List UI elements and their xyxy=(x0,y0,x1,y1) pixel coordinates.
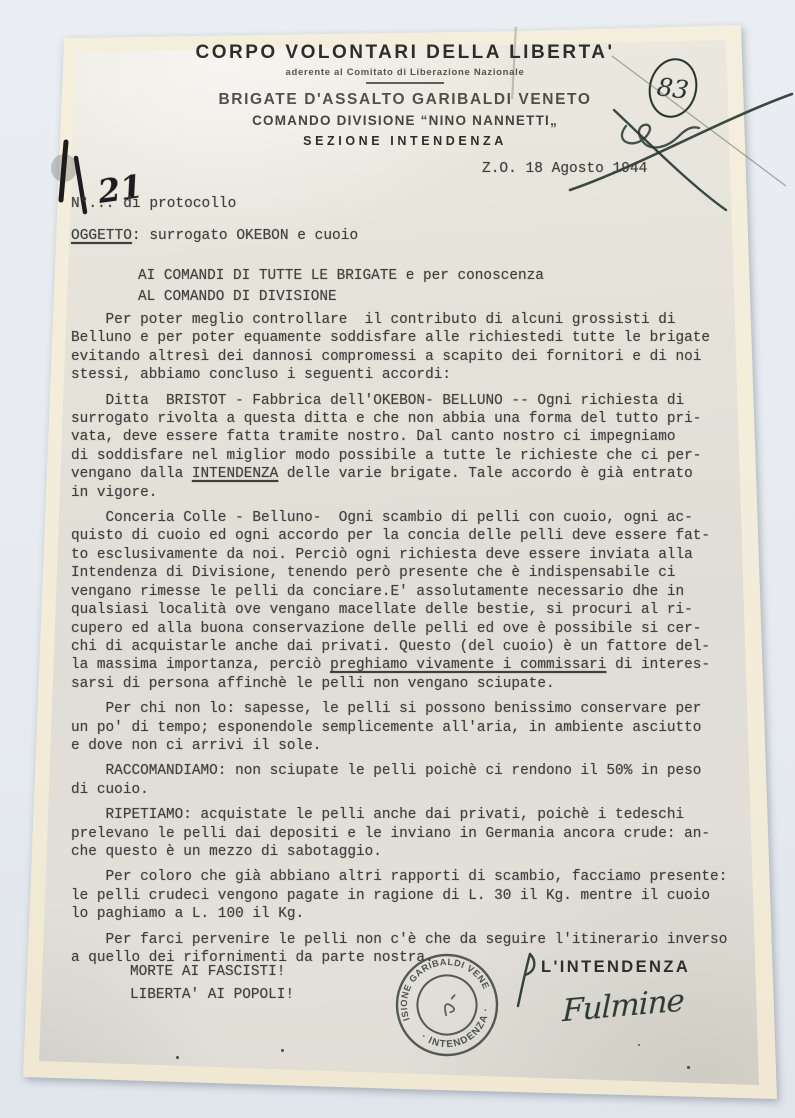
subject-label: OGGETTO xyxy=(71,228,132,244)
closing-slogans: MORTE AI FASCISTI! LIBERTA' AI POPOLI! xyxy=(130,961,294,1006)
paragraph-text: RACCOMANDIAMO: non sciupate le pelli poi… xyxy=(71,763,701,797)
dust-speck xyxy=(176,1056,179,1059)
protocol-line: N°... di protocollo xyxy=(71,196,236,212)
dust-speck xyxy=(638,1044,640,1046)
recipient-line: AI COMANDI DI TUTTE LE BRIGATE e per con… xyxy=(138,266,544,287)
dust-speck xyxy=(687,1066,690,1069)
underlined-text: preghiamo vivamente i commissari xyxy=(330,657,606,673)
recipients-block: AI COMANDI DI TUTTE LE BRIGATE e per con… xyxy=(138,266,544,308)
underlined-text: INTENDENZA xyxy=(192,466,278,482)
paragraph-text: Per poter meglio controllare il contribu… xyxy=(71,312,710,383)
dust-speck xyxy=(281,1049,284,1052)
stamp-center-scribble xyxy=(440,995,461,1015)
paragraph: Per chi non lo: sapesse, le pelli si pos… xyxy=(71,700,777,755)
date-line: Z.O. 18 Agosto 1944 xyxy=(482,161,647,177)
paragraph-text: Conceria Colle - Belluno- Ogni scambio d… xyxy=(71,510,710,673)
paragraph-text: RIPETIAMO: acquistate le pelli anche dai… xyxy=(71,807,710,860)
paragraph: Per poter meglio controllare il contribu… xyxy=(71,311,777,385)
subject-line: OGGETTO: surrogato OKEBON e cuoio xyxy=(71,228,358,244)
signer-title-stamp: L'INTENDENZA xyxy=(541,958,690,977)
paragraph-text: Per chi non lo: sapesse, le pelli si pos… xyxy=(71,701,701,754)
paragraph: Conceria Colle - Belluno- Ogni scambio d… xyxy=(71,509,777,693)
paragraph: RIPETIAMO: acquistate le pelli anche dai… xyxy=(71,806,777,861)
recipient-line: AL COMANDO DI DIVISIONE xyxy=(138,287,544,308)
paragraph: Per coloro che già abbiano altri rapport… xyxy=(71,868,777,923)
letterhead-divider xyxy=(366,82,444,84)
paragraph: RACCOMANDIAMO: non sciupate le pelli poi… xyxy=(71,762,777,799)
pen-flourish xyxy=(540,48,795,223)
slogan-line: LIBERTA' AI POPOLI! xyxy=(130,984,294,1007)
scanned-photo-of-document: CORPO VOLONTARI DELLA LIBERTA' aderente … xyxy=(0,0,795,1118)
handwritten-per-mark xyxy=(506,948,546,1012)
slogan-line: MORTE AI FASCISTI! xyxy=(130,961,294,984)
letter-body: Per poter meglio controllare il contribu… xyxy=(71,311,777,974)
subject-text: : surrogato OKEBON e cuoio xyxy=(132,228,358,244)
paragraph-text: Per coloro che già abbiano altri rapport… xyxy=(71,869,727,922)
paragraph: Ditta BRISTOT - Fabbrica dell'OKEBON- BE… xyxy=(71,392,777,502)
